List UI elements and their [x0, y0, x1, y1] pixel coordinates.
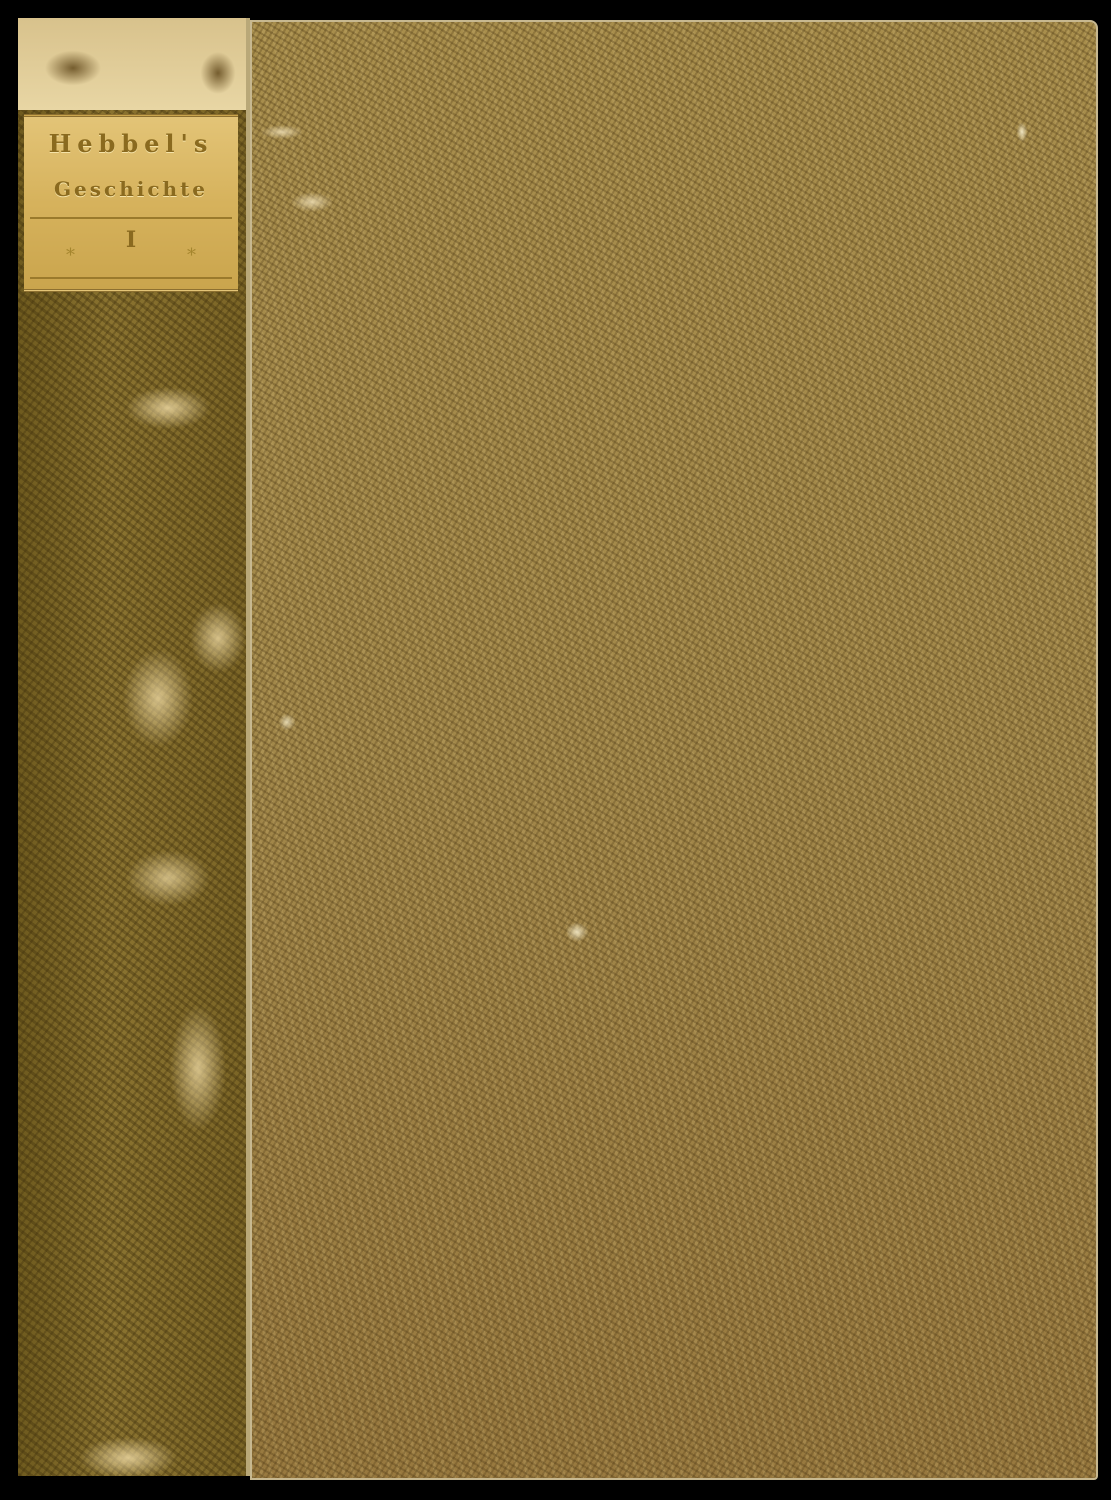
- spine-title-label: Hebbel's Geschichte * I *: [24, 114, 238, 292]
- book: Hebbel's Geschichte * I *: [18, 12, 1096, 1480]
- book-spine: Hebbel's Geschichte * I *: [18, 18, 250, 1476]
- label-rule-bottom: [30, 277, 232, 279]
- star-ornament-icon: *: [187, 245, 196, 266]
- volume-number: I: [24, 227, 238, 253]
- label-rule-top: [30, 217, 232, 219]
- spine-worn-top: [18, 18, 246, 110]
- spine-title-line-1: Hebbel's: [24, 129, 238, 158]
- front-cover: [250, 20, 1098, 1480]
- spine-title-line-2: Geschichte: [24, 177, 238, 201]
